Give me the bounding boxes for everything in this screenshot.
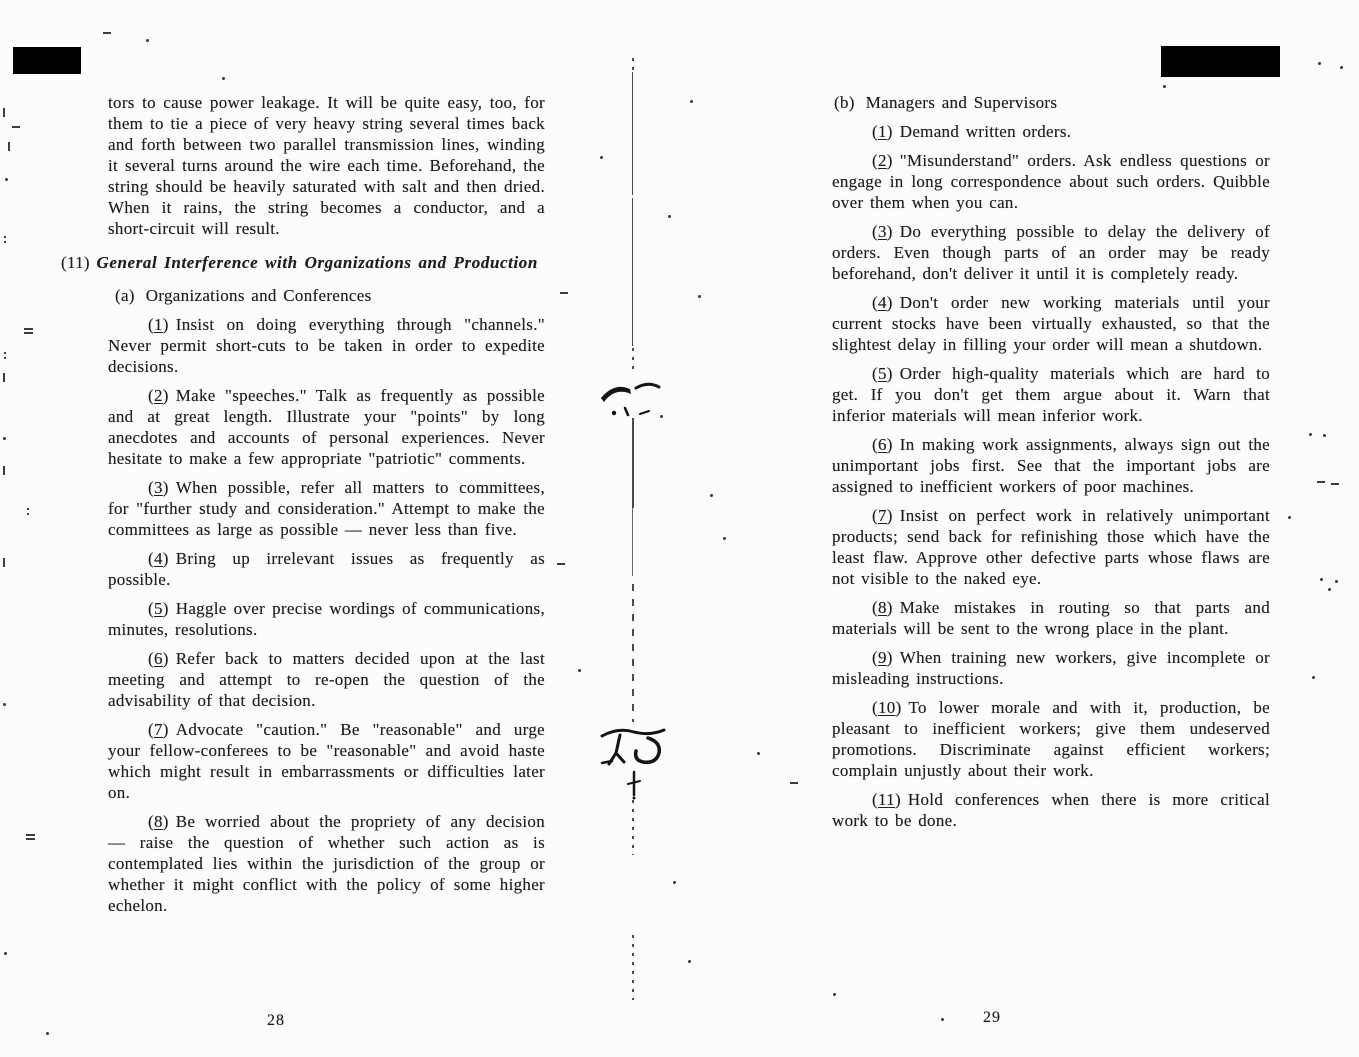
scan-speck xyxy=(833,993,836,996)
scan-speck xyxy=(560,292,568,294)
list-item: (3)When possible, refer all matters to c… xyxy=(108,477,545,540)
scan-speck xyxy=(5,178,8,181)
list-item: (11)Hold conferences when there is more … xyxy=(832,789,1270,831)
scan-speck xyxy=(600,156,603,159)
list-item: (7)Insist on perfect work in relatively … xyxy=(832,505,1270,589)
item-number: 7 xyxy=(154,720,163,739)
item-number: 3 xyxy=(154,478,163,497)
scan-speck xyxy=(3,558,5,567)
paragraph-continuation: tors to cause power leakage. It will be … xyxy=(108,92,545,239)
item-number: 2 xyxy=(878,151,887,170)
list-item: (8)Make mistakes in routing so that part… xyxy=(832,597,1270,639)
subsection-title: Organizations and Conferences xyxy=(146,286,372,305)
scan-speck xyxy=(3,373,5,382)
scan-speck xyxy=(1335,580,1338,583)
scan-speck xyxy=(688,960,691,963)
item-text: In making work assignments, always sign … xyxy=(832,435,1270,496)
item-text: Make mistakes in routing so that parts a… xyxy=(832,598,1270,638)
scan-speck xyxy=(8,142,10,151)
scan-speck xyxy=(27,508,29,510)
scan-speck xyxy=(3,437,6,440)
list-item: (4)Bring up irrelevant issues as frequen… xyxy=(108,548,545,590)
list-item: (6)Refer back to matters decided upon at… xyxy=(108,648,545,711)
scan-speck xyxy=(668,215,671,218)
item-text: Insist on doing everything through "chan… xyxy=(108,315,545,376)
page-fold-line xyxy=(632,935,634,1000)
scan-speck xyxy=(103,32,111,34)
item-text: Be worried about the propriety of any de… xyxy=(108,812,545,915)
scan-speck xyxy=(1318,62,1321,65)
list-item: (1)Demand written orders. xyxy=(832,121,1270,142)
page-fold-line xyxy=(632,198,633,346)
item-number: 9 xyxy=(878,648,887,667)
item-text: Haggle over precise wordings of communic… xyxy=(108,599,545,639)
scan-speck xyxy=(1331,483,1339,485)
scan-speck xyxy=(1317,481,1325,483)
item-number: 8 xyxy=(878,598,887,617)
subsection-heading: (b)Managers and Supervisors xyxy=(834,92,1270,113)
item-list: (1)Insist on doing everything through "c… xyxy=(108,314,545,916)
list-item: (6)In making work assignments, always si… xyxy=(832,434,1270,497)
ink-smudge xyxy=(598,723,668,769)
scan-speck xyxy=(578,669,581,672)
page-left: tors to cause power leakage. It will be … xyxy=(45,92,545,916)
redaction-bar-right xyxy=(1161,46,1280,77)
list-item: (2)Make "speeches." Talk as frequently a… xyxy=(108,385,545,469)
section-number: (11) xyxy=(61,253,90,272)
scan-speck xyxy=(4,952,7,955)
redaction-bar-left xyxy=(13,47,81,74)
list-item: (8)Be worried about the propriety of any… xyxy=(108,811,545,916)
scan-speck xyxy=(146,39,149,42)
item-text: Make "speeches." Talk as frequently as p… xyxy=(108,386,545,468)
item-number: 11 xyxy=(878,790,895,809)
ink-mark xyxy=(626,770,642,800)
page-fold-line xyxy=(632,58,634,70)
subsection-heading: (a)Organizations and Conferences xyxy=(115,285,545,306)
list-item: (7)Advocate "caution." Be "reasonable" a… xyxy=(108,719,545,803)
page-fold-line xyxy=(632,72,633,195)
item-text: Don't order new working materials until … xyxy=(832,293,1270,354)
item-text: When possible, refer all matters to comm… xyxy=(108,478,545,539)
list-item: (9)When training new workers, give incom… xyxy=(832,647,1270,689)
item-list: (1)Demand written orders. (2)"Misunderst… xyxy=(832,121,1270,831)
item-text: "Misunderstand" orders. Ask endless ques… xyxy=(832,151,1270,212)
ink-smudge xyxy=(596,374,664,420)
page-fold-line xyxy=(632,418,634,508)
scan-speck xyxy=(1163,85,1166,88)
item-number: 8 xyxy=(154,812,163,831)
item-text: Refer back to matters decided upon at th… xyxy=(108,649,545,710)
list-item: (5)Order high-quality materials which ar… xyxy=(832,363,1270,426)
scan-speck xyxy=(690,100,693,103)
subsection-label: (a) xyxy=(115,286,135,305)
item-number: 10 xyxy=(878,698,896,717)
item-number: 6 xyxy=(154,649,163,668)
scan-speck xyxy=(1320,578,1323,581)
scan-speck xyxy=(723,537,726,540)
list-item: (2)"Misunderstand" orders. Ask endless q… xyxy=(832,150,1270,213)
scan-speck xyxy=(660,415,663,418)
item-number: 4 xyxy=(878,293,887,312)
page-fold-line xyxy=(632,584,634,722)
item-number: 6 xyxy=(878,435,887,454)
item-number: 3 xyxy=(878,222,887,241)
page-number-left: 28 xyxy=(267,1012,285,1030)
list-item: (1)Insist on doing everything through "c… xyxy=(108,314,545,377)
item-text: Hold conferences when there is more crit… xyxy=(832,790,1270,830)
item-number: 7 xyxy=(878,506,887,525)
page-fold-line xyxy=(632,348,634,374)
subsection-label: (b) xyxy=(834,93,855,112)
item-text: Do everything possible to delay the deli… xyxy=(832,222,1270,283)
scan-speck xyxy=(790,782,798,784)
list-item: (3)Do everything possible to delay the d… xyxy=(832,221,1270,284)
scan-speck xyxy=(222,77,225,80)
scan-speck xyxy=(1312,676,1315,679)
scan-speck xyxy=(24,328,33,330)
item-number: 2 xyxy=(154,386,163,405)
scan-speck xyxy=(710,494,713,497)
item-text: Order high-quality materials which are h… xyxy=(832,364,1270,425)
scan-speck xyxy=(3,703,6,706)
item-number: 5 xyxy=(878,364,887,383)
item-text: Demand written orders. xyxy=(893,122,1072,141)
scan-speck xyxy=(46,1032,49,1035)
section-title: General Interference with Organizations … xyxy=(96,253,537,272)
scan-speck xyxy=(1328,588,1331,591)
page-right: (b)Managers and Supervisors (1)Demand wr… xyxy=(832,92,1270,831)
scan-speck xyxy=(12,126,20,128)
scan-speck xyxy=(757,752,760,755)
page-number-right: 29 xyxy=(983,1009,1001,1027)
item-text: To lower morale and with it, production,… xyxy=(832,698,1270,780)
subsection-title: Managers and Supervisors xyxy=(866,93,1058,112)
scan-speck xyxy=(3,108,5,117)
item-number: 1 xyxy=(154,315,163,334)
page-fold-line xyxy=(632,800,634,855)
item-number: 4 xyxy=(154,549,163,568)
list-item: (5)Haggle over precise wordings of commu… xyxy=(108,598,545,640)
scan-speck xyxy=(941,1018,944,1021)
scan-speck xyxy=(26,834,35,836)
item-number: 1 xyxy=(878,122,887,141)
item-text: Bring up irrelevant issues as frequently… xyxy=(108,549,545,589)
item-number: 5 xyxy=(154,599,163,618)
scan-speck xyxy=(1288,516,1291,519)
scan-speck xyxy=(673,881,676,884)
scan-speck xyxy=(3,466,5,475)
page-fold-line xyxy=(632,508,633,576)
scan-speck xyxy=(1340,66,1343,69)
scan-speck xyxy=(1323,434,1326,437)
scan-speck xyxy=(4,236,6,238)
section-heading: (11) General Interference with Organizat… xyxy=(45,252,545,273)
item-text: When training new workers, give incomple… xyxy=(832,648,1270,688)
item-text: Advocate "caution." Be "reasonable" and … xyxy=(108,720,545,802)
scan-speck xyxy=(557,563,565,565)
scan-speck xyxy=(698,295,701,298)
list-item: (10)To lower morale and with it, product… xyxy=(832,697,1270,781)
scan-speck xyxy=(1309,433,1312,436)
item-text: Insist on perfect work in relatively uni… xyxy=(832,506,1270,588)
scan-speck xyxy=(4,352,6,354)
scanned-document: tors to cause power leakage. It will be … xyxy=(0,0,1359,1057)
list-item: (4)Don't order new working materials unt… xyxy=(832,292,1270,355)
